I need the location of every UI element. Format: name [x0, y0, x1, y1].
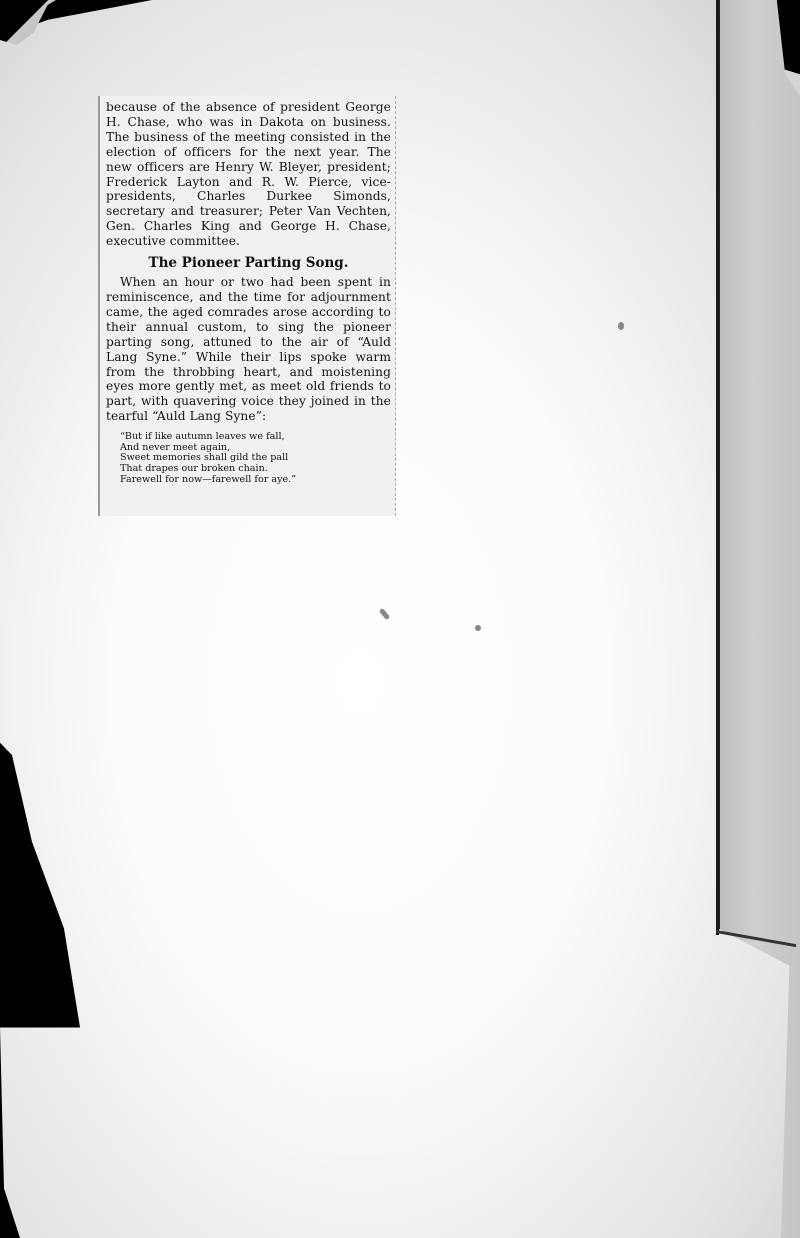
clipping-paragraph-2: When an hour or two had been spent in re…: [106, 275, 391, 424]
poem-line: Farewell for now—farewell for aye.”: [120, 475, 391, 486]
paper-speck: [475, 625, 481, 631]
flap-edge: [716, 0, 719, 935]
newspaper-clipping: because of the absence of president Geor…: [98, 96, 396, 516]
paper-speck: [618, 322, 624, 330]
poem-line: That drapes our broken chain.: [120, 464, 391, 475]
poem-verse: “But if like autumn leaves we fall, And …: [120, 432, 391, 485]
clipping-paragraph-1: because of the absence of president Geor…: [106, 100, 391, 249]
clipping-subheading: The Pioneer Parting Song.: [106, 255, 391, 271]
